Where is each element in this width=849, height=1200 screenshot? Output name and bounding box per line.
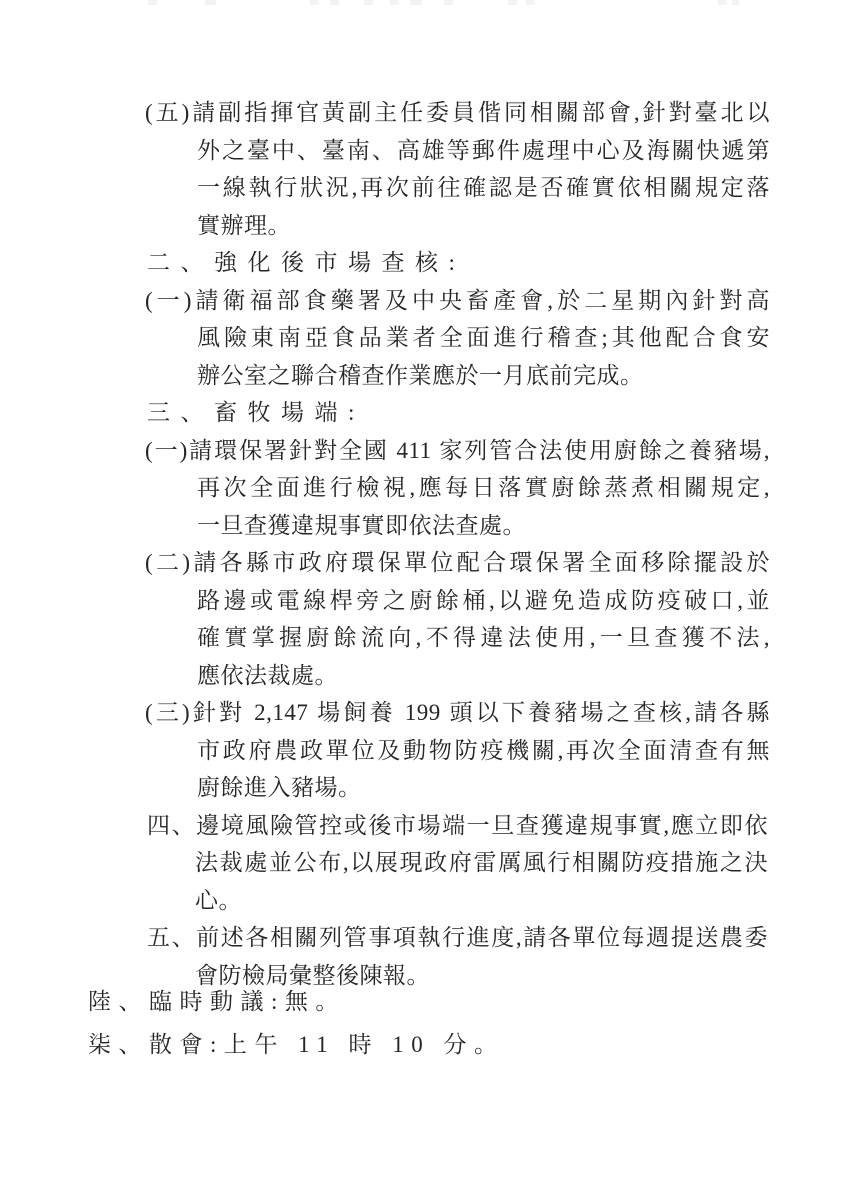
list-marker: 二、 bbox=[147, 250, 214, 275]
text-line: 心。 bbox=[195, 882, 768, 920]
section-6-adhoc-motions: 陸、臨時動議:無。 bbox=[88, 983, 849, 1021]
scan-artifact bbox=[508, 0, 517, 5]
line-text: 散會:上午 11 時 10 分。 bbox=[149, 1032, 505, 1057]
text-line: 五、前述各相關列管事項執行進度,請各單位每週提送農委 bbox=[147, 919, 768, 957]
list-item-kitchen-waste-bins: (二)請各縣市政府環保單位配合環保署全面移除擺設於 路邊或電線桿旁之廚餘桶,以避… bbox=[197, 544, 770, 694]
document-page: (五)請副指揮官黃副主任委員偕同相關部會,針對臺北以 外之臺中、臺南、高雄等郵件… bbox=[0, 0, 849, 1200]
text-line: (一)請環保署針對全國 411 家列管合法使用廚餘之養豬場, bbox=[145, 432, 770, 470]
list-marker: (二) bbox=[145, 550, 191, 575]
text-line: 確實掌握廚餘流向,不得違法使用,一旦查獲不法, bbox=[197, 619, 770, 657]
list-marker: (一) bbox=[145, 288, 192, 313]
section-4-enforcement: 四、邊境風險管控或後市場端一旦查獲違規事實,應立即依 法裁處並公布,以展現政府雷… bbox=[195, 807, 768, 920]
list-marker: (三) bbox=[145, 700, 190, 725]
text-line: 應依法裁處。 bbox=[197, 657, 770, 695]
text-line: 柒、散會:上午 11 時 10 分。 bbox=[88, 1026, 849, 1064]
scan-artifact bbox=[526, 0, 535, 5]
list-item-5-postal-followup: (五)請副指揮官黃副主任委員偕同相關部會,針對臺北以 外之臺中、臺南、高雄等郵件… bbox=[197, 94, 770, 244]
list-marker: 柒、 bbox=[88, 1032, 149, 1057]
text-line: (一)請衛福部食藥署及中央畜產會,於二星期內針對高 bbox=[145, 282, 770, 320]
minutes-body: (五)請副指揮官黃副主任委員偕同相關部會,針對臺北以 外之臺中、臺南、高雄等郵件… bbox=[0, 94, 849, 1063]
scan-artifact bbox=[390, 0, 399, 5]
line-text: 前述各相關列管事項執行進度,請各單位每週提送農委 bbox=[196, 925, 768, 950]
list-marker: 陸、 bbox=[88, 989, 149, 1014]
scan-artifact bbox=[444, 0, 453, 5]
text-line: 陸、臨時動議:無。 bbox=[88, 983, 849, 1021]
scan-artifact bbox=[364, 0, 373, 5]
list-marker: (五) bbox=[145, 100, 190, 125]
text-line: 法裁處並公布,以展現政府雷厲風行相關防疫措施之決 bbox=[195, 844, 768, 882]
scan-artifact bbox=[732, 0, 739, 5]
section-3-livestock-farms: 三、畜牧場端: bbox=[195, 394, 768, 432]
section-7-adjournment: 柒、散會:上午 11 時 10 分。 bbox=[88, 1026, 849, 1064]
line-text: 請衛福部食藥署及中央畜產會,於二星期內針對高 bbox=[192, 288, 770, 313]
line-text: 臨時動議:無。 bbox=[149, 989, 346, 1014]
text-line: 外之臺中、臺南、高雄等郵件處理中心及海關快遞第 bbox=[197, 132, 770, 170]
line-text: 畜牧場端: bbox=[214, 400, 365, 425]
text-line: 實辦理。 bbox=[197, 207, 770, 245]
text-line: 四、邊境風險管控或後市場端一旦查獲違規事實,應立即依 bbox=[147, 807, 768, 845]
list-marker: 五、 bbox=[147, 925, 196, 950]
text-line: 二、強化後市場查核: bbox=[147, 244, 768, 282]
text-line: 辦公室之聯合稽查作業應於一月底前完成。 bbox=[197, 357, 770, 395]
section-2-market-inspection: 二、強化後市場查核: bbox=[195, 244, 768, 282]
text-line: 路邊或電線桿旁之廚餘桶,以避免造成防疫破口,並 bbox=[197, 582, 770, 620]
text-line: 三、畜牧場端: bbox=[147, 394, 768, 432]
line-text: 請副指揮官黃副主任委員偕同相關部會,針對臺北以 bbox=[190, 100, 770, 125]
text-line: 風險東南亞食品業者全面進行稽查;其他配合食安 bbox=[197, 319, 770, 357]
text-line: 市政府農政單位及動物防疫機關,再次全面清查有無 bbox=[197, 732, 770, 770]
scan-artifact bbox=[718, 0, 727, 5]
list-item-fda-inspection: (一)請衛福部食藥署及中央畜產會,於二星期內針對高 風險東南亞食品業者全面進行稽… bbox=[197, 282, 770, 395]
scan-artifact bbox=[205, 0, 216, 5]
line-text: 強化後市場查核: bbox=[214, 250, 465, 275]
scan-artifact bbox=[330, 0, 339, 5]
list-item-small-pig-farms: (三)針對 2,147 場飼養 199 頭以下養豬場之查核,請各縣 市政府農政單… bbox=[197, 694, 770, 807]
text-line: (三)針對 2,147 場飼養 199 頭以下養豬場之查核,請各縣 bbox=[145, 694, 770, 732]
scan-artifact bbox=[148, 0, 157, 5]
line-text: 請各縣市政府環保單位配合環保署全面移除擺設於 bbox=[191, 550, 771, 575]
line-text: 邊境風險管控或後市場端一旦查獲違規事實,應立即依 bbox=[196, 813, 768, 838]
line-text: 請環保署針對全國 411 家列管合法使用廚餘之養豬場, bbox=[188, 438, 770, 463]
line-text: 針對 2,147 場飼養 199 頭以下養豬場之查核,請各縣 bbox=[190, 700, 770, 725]
scan-artifact bbox=[410, 0, 422, 5]
text-line: 廚餘進入豬場。 bbox=[197, 769, 770, 807]
list-marker: 四、 bbox=[147, 813, 196, 838]
list-item-epa-411-farms: (一)請環保署針對全國 411 家列管合法使用廚餘之養豬場, 再次全面進行檢視,… bbox=[197, 432, 770, 545]
text-line: (五)請副指揮官黃副主任委員偕同相關部會,針對臺北以 bbox=[145, 94, 770, 132]
text-line: 一線執行狀況,再次前往確認是否確實依相關規定落 bbox=[197, 169, 770, 207]
list-marker: (一) bbox=[145, 438, 188, 463]
text-line: 再次全面進行檢視,應每日落實廚餘蒸煮相關規定, bbox=[197, 469, 770, 507]
text-line: 一旦查獲違規事實即依法查處。 bbox=[197, 507, 770, 545]
list-marker: 三、 bbox=[147, 400, 214, 425]
scan-artifact bbox=[310, 0, 319, 5]
scan-edge-artifacts bbox=[0, 0, 849, 8]
text-line: (二)請各縣市政府環保單位配合環保署全面移除擺設於 bbox=[145, 544, 770, 582]
